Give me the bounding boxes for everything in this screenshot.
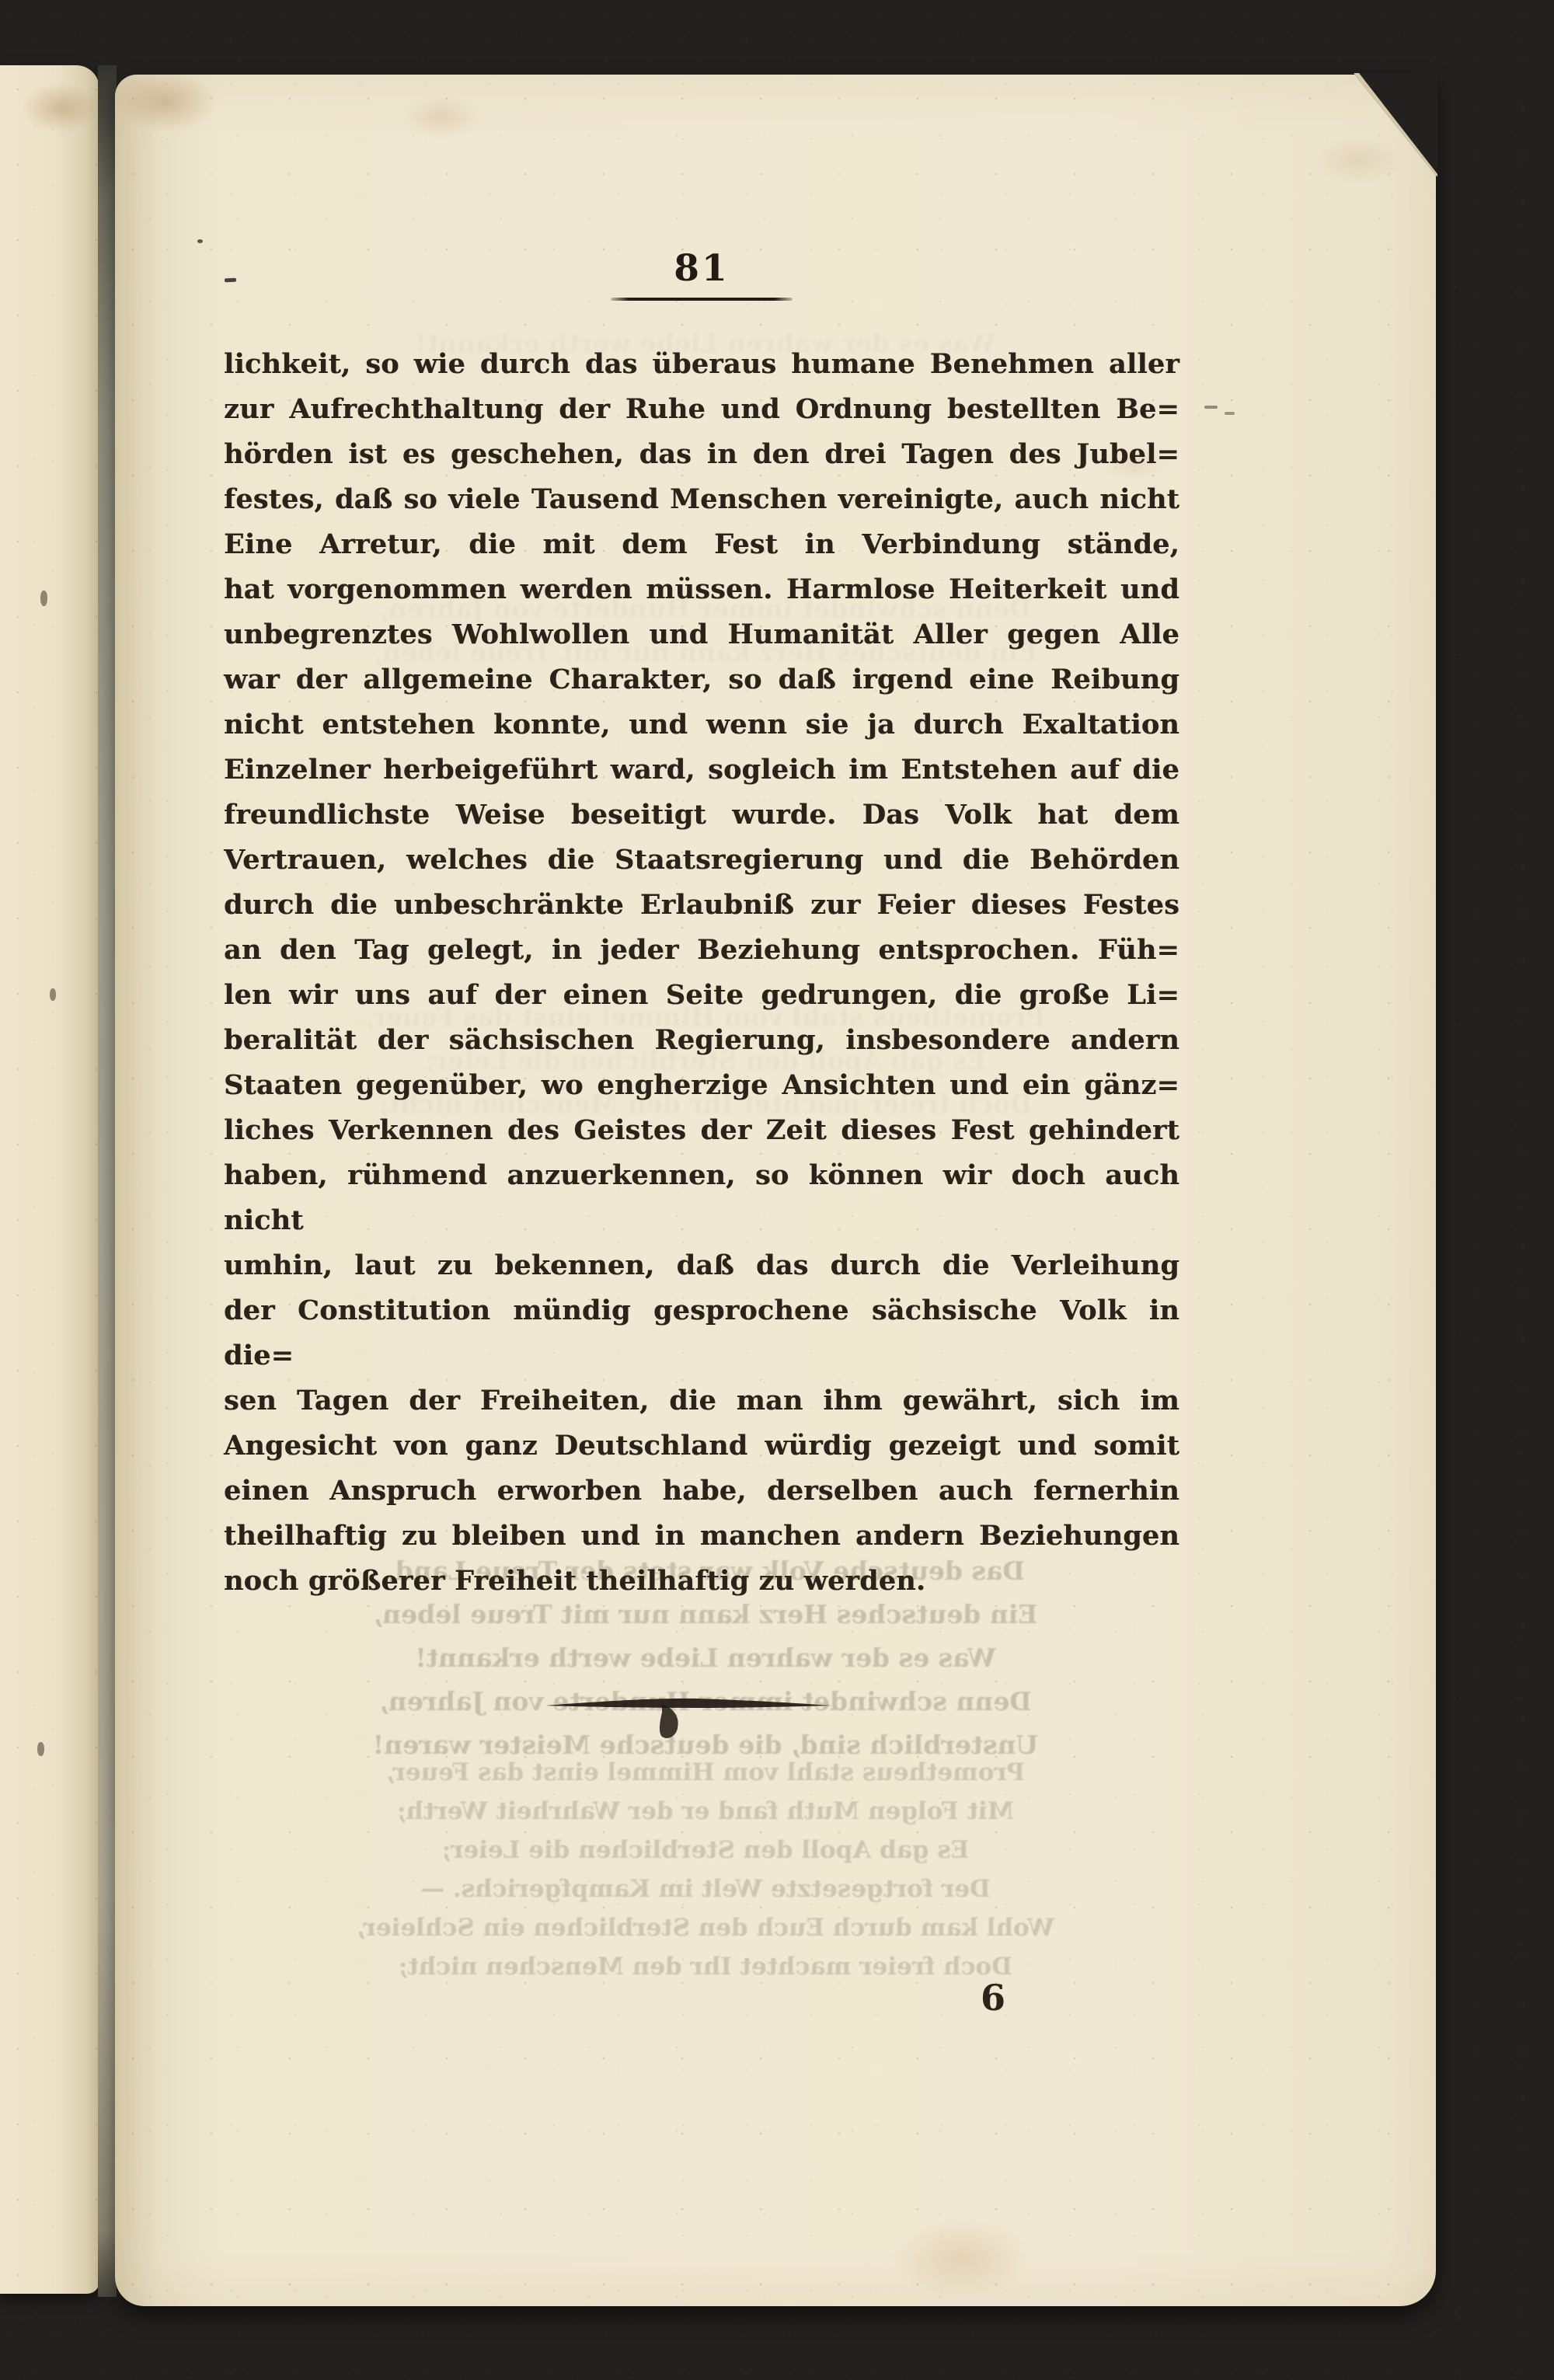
bleedthrough-line: Mit Folgen Muth fand er der Wahrheit Wer…	[247, 1792, 1164, 1831]
stray-dash-mark	[225, 278, 236, 283]
bleedthrough-line: Wohl kam durch Euch den Sterblichen ein …	[247, 1908, 1164, 1947]
body-text-line: beralität der sächsischen Regierung, ins…	[224, 1018, 1179, 1063]
clipped-corner	[1341, 73, 1437, 177]
bleedthrough-line: Es gab Apoll den Sterblichen die Leier;	[247, 1831, 1164, 1870]
body-text-line: Einzelner herbeigeführt ward, sogleich i…	[224, 747, 1179, 793]
bleedthrough-line: Der fortgesetzte Welt im Kampfgerichs. —	[247, 1870, 1164, 1908]
scanned-book-page: Was es der wahren Liebe werth erkannt! D…	[0, 0, 1554, 2380]
body-text: lichkeit, so wie durch das überaus human…	[224, 342, 1179, 1604]
foxing-stain	[0, 65, 99, 236]
ink-stroke-mark	[544, 1691, 833, 1745]
body-text-line: hat vorgenommen werden müssen. Harmlose …	[224, 567, 1179, 612]
body-text-line: Vertrauen, welches die Staatsregierung u…	[224, 838, 1179, 883]
page-header: 81	[224, 250, 1179, 301]
body-text-line: umhin, laut zu bekennen, daß das durch d…	[224, 1243, 1179, 1288]
body-text-line: len wir uns auf der einen Seite gedrunge…	[224, 973, 1179, 1018]
body-text-line: festes, daß so viele Tausend Menschen ve…	[224, 477, 1179, 522]
page-number-underline	[611, 298, 793, 301]
body-text-line: einen Anspruch erworben habe, derselben …	[224, 1469, 1179, 1514]
body-text-line: liches Verkennen des Geistes der Zeit di…	[224, 1108, 1179, 1153]
strip-print-mark	[50, 988, 56, 1001]
adjacent-page-edge	[0, 65, 99, 2294]
body-text-line: an den Tag gelegt, in jeder Beziehung en…	[224, 928, 1179, 973]
body-text-line: zur Aufrechthaltung der Ruhe und Ordnung…	[224, 387, 1179, 432]
ink-speck	[1204, 406, 1218, 409]
body-text-line: Staaten gegenüber, wo engherzige Ansicht…	[224, 1063, 1179, 1108]
paper-texture	[0, 65, 99, 2294]
body-text-line: Eine Arretur, die mit dem Fest in Verbin…	[224, 522, 1179, 567]
body-text-line: nicht entstehen konnte, und wenn sie ja …	[224, 702, 1179, 747]
strip-print-mark	[37, 1742, 44, 1756]
body-text-line: hörden ist es geschehen, das in den drei…	[224, 432, 1179, 477]
bleedthrough-lower-stanza: Prometheus stahl vom Himmel einst das Fe…	[247, 1753, 1164, 1986]
body-text-line: lichkeit, so wie durch das überaus human…	[224, 342, 1179, 387]
body-text-line: durch die unbeschränkte Erlaubniß zur Fe…	[224, 883, 1179, 928]
bleedthrough-line: Prometheus stahl vom Himmel einst das Fe…	[247, 1753, 1164, 1792]
body-text-line: Angesicht von ganz Deutschland würdig ge…	[224, 1423, 1179, 1469]
book-gutter-shadow	[98, 65, 117, 2297]
signature-mark: 6	[968, 1980, 1018, 2016]
body-text-line: unbegrenztes Wohlwollen und Humanität Al…	[224, 612, 1179, 657]
body-text-line: war der allgemeine Charakter, so daß irg…	[224, 657, 1179, 702]
strip-print-mark	[40, 591, 47, 606]
body-text-line: freundlichste Weise beseitigt wurde. Das…	[224, 793, 1179, 838]
bleedthrough-line: Was es der wahren Liebe werth erkannt!	[247, 1636, 1164, 1680]
body-text-line: theilhaftig zu bleiben und in manchen an…	[224, 1514, 1179, 1559]
body-text-line: der Constitution mündig gesprochene säch…	[224, 1288, 1179, 1378]
page-number: 81	[224, 250, 1179, 287]
ink-speck	[197, 239, 203, 243]
body-text-line: sen Tagen der Freiheiten, die man ihm ge…	[224, 1378, 1179, 1423]
ink-stroke-glyph	[544, 1691, 833, 1745]
book-page: Was es der wahren Liebe werth erkannt! D…	[115, 75, 1436, 2306]
body-text-line: noch größerer Freiheit theilhaftig zu we…	[224, 1559, 1179, 1604]
ink-speck	[1225, 412, 1235, 415]
body-text-line: haben, rühmend anzuerkennen, so können w…	[224, 1153, 1179, 1243]
bleedthrough-line: Doch freier machtet Ihr den Menschen nic…	[247, 1947, 1164, 1986]
